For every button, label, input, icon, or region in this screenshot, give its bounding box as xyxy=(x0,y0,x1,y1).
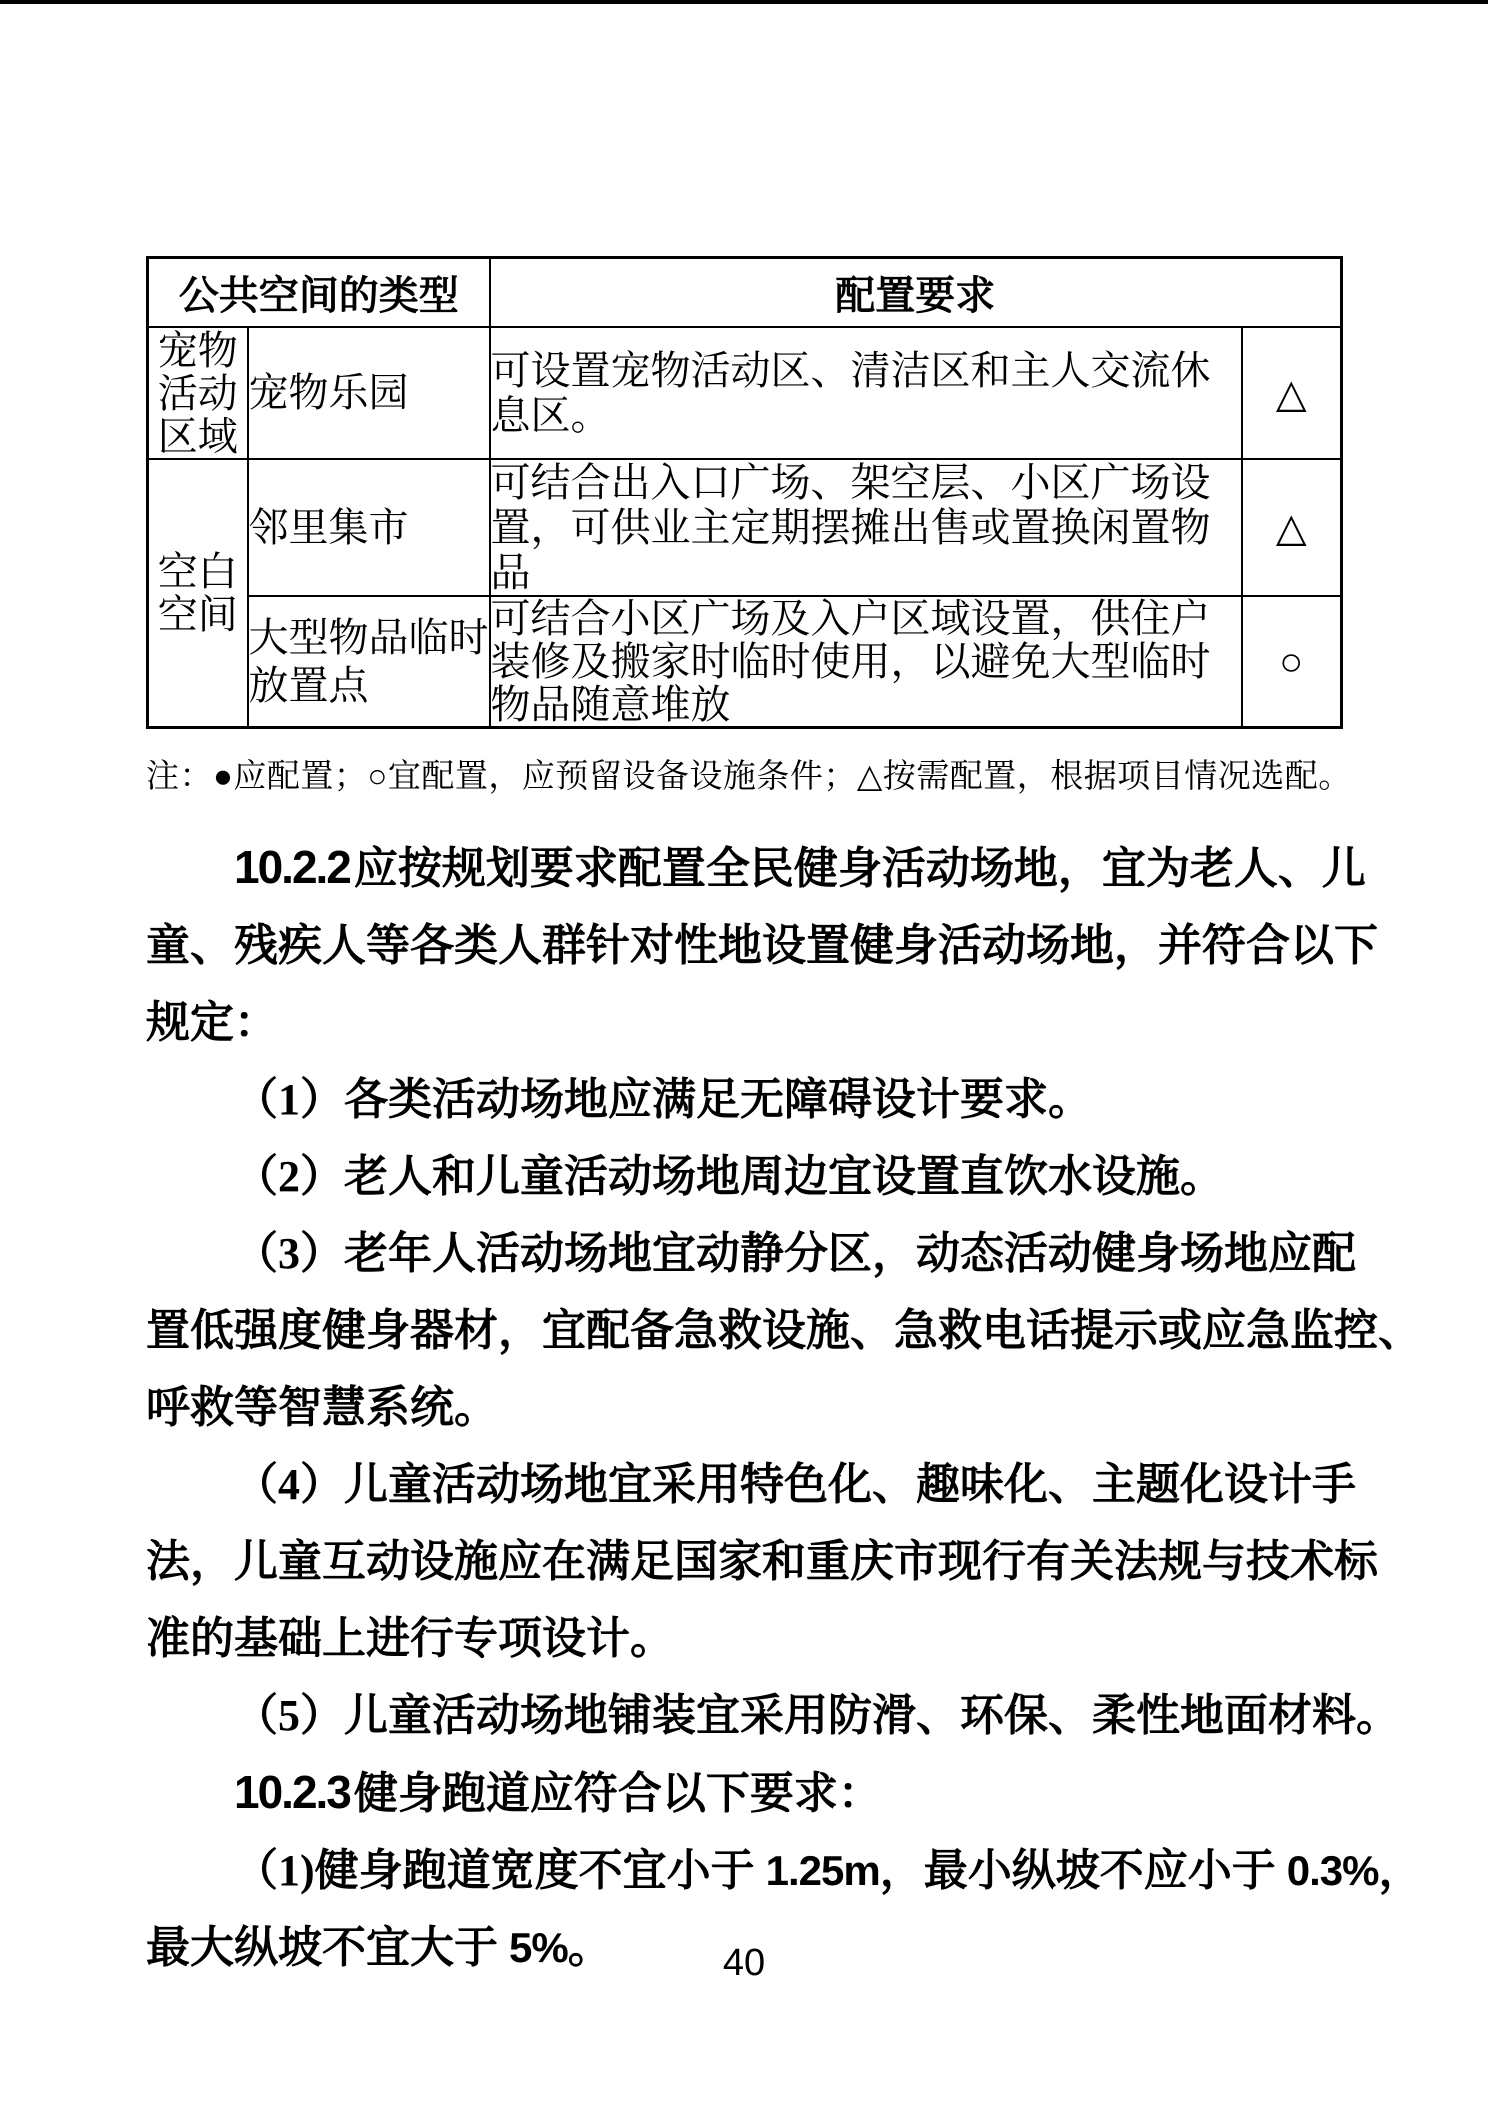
table-legend-note: 注：●应配置；○宜配置，应预留设备设施条件；△按需配置，根据项目情况选配。 xyxy=(146,755,1342,799)
runway-item-line1: （1)健身跑道宽度不宜小于 1.25m，最小纵坡不应小于 0.3%， xyxy=(146,1832,1342,1909)
para-text: ， xyxy=(1378,1846,1422,1895)
para-text: ，最小纵坡不应小于 xyxy=(880,1846,1287,1895)
requirement-cell-neighborhood-market: 可结合出入口广场、架空层、小区广场设置，可供业主定期摆摊出售或置换闲置物品 xyxy=(490,459,1242,596)
public-space-config-table: 公共空间的类型 配置要求 宠物活动区域 宠物乐园 可设置宠物活动区、清洁区和主人… xyxy=(146,256,1343,729)
requirement-cell-large-item-storage: 可结合小区广场及入户区域设置，供住户装修及搬家时临时使用，以避免大型临时物品随意… xyxy=(490,596,1242,728)
item-4-line1: （4）儿童活动场地宜采用特色化、趣味化、主题化设计手 xyxy=(146,1446,1342,1523)
header-cell-type: 公共空间的类型 xyxy=(148,258,490,328)
table-row: 空白空间 邻里集市 可结合出入口广场、架空层、小区广场设置，可供业主定期摆摊出售… xyxy=(148,459,1342,596)
item-4-line3: 准的基础上进行专项设计。 xyxy=(146,1600,1342,1677)
category-cell-pet-area: 宠物活动区域 xyxy=(148,327,248,459)
item-5-line: （5）儿童活动场地铺装宜采用防滑、环保、柔性地面材料。 xyxy=(146,1677,1342,1754)
header-cell-requirement: 配置要求 xyxy=(490,258,1342,328)
document-page: 公共空间的类型 配置要求 宠物活动区域 宠物乐园 可设置宠物活动区、清洁区和主人… xyxy=(0,0,1488,2104)
table-row: 大型物品临时放置点 可结合小区广场及入户区域设置，供住户装修及搬家时临时使用，以… xyxy=(148,596,1342,728)
para-text: 健身跑道应符合以下要求： xyxy=(354,1769,882,1818)
config-symbol-triangle: △ xyxy=(1242,327,1342,459)
item-3-line2: 置低强度健身器材，宜配备急救设施、急救电话提示或应急监控、 xyxy=(146,1292,1342,1369)
config-symbol-triangle: △ xyxy=(1242,459,1342,596)
item-2-line: （2）老人和儿童活动场地周边宜设置直饮水设施。 xyxy=(146,1138,1342,1215)
para-10-2-2-line1: 10.2.2应按规划要求配置全民健身活动场地，宜为老人、儿 xyxy=(146,829,1342,907)
name-cell-neighborhood-market: 邻里集市 xyxy=(248,459,490,596)
config-symbol-circle: ○ xyxy=(1242,596,1342,728)
value-1-25m: 1.25m xyxy=(766,1847,880,1894)
section-number-10-2-3: 10.2.3 xyxy=(234,1766,354,1818)
item-1-line: （1）各类活动场地应满足无障碍设计要求。 xyxy=(146,1061,1342,1138)
item-3-line3: 呼救等智慧系统。 xyxy=(146,1369,1342,1446)
table-row: 宠物活动区域 宠物乐园 可设置宠物活动区、清洁区和主人交流休息区。 △ xyxy=(148,327,1342,459)
para-10-2-2-line2: 童、残疾人等各类人群针对性地设置健身活动场地，并符合以下 xyxy=(146,907,1342,984)
name-cell-pet-park: 宠物乐园 xyxy=(248,327,490,459)
name-cell-large-item-storage: 大型物品临时放置点 xyxy=(248,596,490,728)
requirement-cell-pet-park: 可设置宠物活动区、清洁区和主人交流休息区。 xyxy=(490,327,1242,459)
item-4-line2: 法，儿童互动设施应在满足国家和重庆市现行有关法规与技术标 xyxy=(146,1523,1342,1600)
table-header-row: 公共空间的类型 配置要求 xyxy=(148,258,1342,328)
para-text: （1)健身跑道宽度不宜小于 xyxy=(234,1846,766,1895)
page-number: 40 xyxy=(0,1942,1488,1985)
page-content: 公共空间的类型 配置要求 宠物活动区域 宠物乐园 可设置宠物活动区、清洁区和主人… xyxy=(146,0,1342,1986)
value-0-3-percent: 0.3% xyxy=(1287,1847,1379,1894)
body-text: 10.2.2应按规划要求配置全民健身活动场地，宜为老人、儿 童、残疾人等各类人群… xyxy=(146,829,1342,1986)
category-cell-blank-space: 空白空间 xyxy=(148,459,248,728)
section-number-10-2-2: 10.2.2 xyxy=(234,841,354,893)
para-text: 应按规划要求配置全民健身活动场地，宜为老人、儿 xyxy=(354,844,1366,893)
para-10-2-3-heading: 10.2.3健身跑道应符合以下要求： xyxy=(146,1754,1342,1832)
para-10-2-2-line3: 规定： xyxy=(146,984,1342,1061)
item-3-line1: （3）老年人活动场地宜动静分区，动态活动健身场地应配 xyxy=(146,1215,1342,1292)
